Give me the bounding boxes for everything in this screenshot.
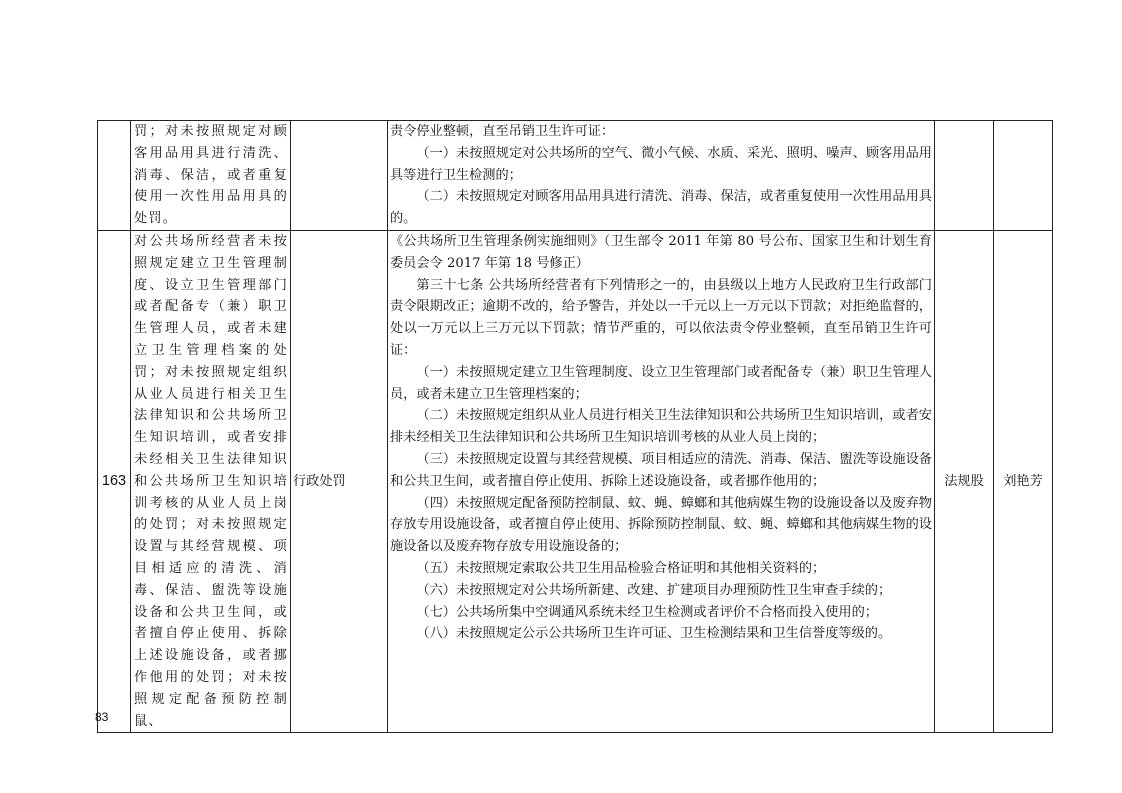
- page-number: 83: [95, 710, 108, 724]
- basis-paragraph: （五）未按照规定索取公共卫生用品检验合格证明和其他相关资料的；: [390, 558, 932, 580]
- item-number-cell: 163: [98, 230, 131, 732]
- basis-paragraph: （六）未按照规定对公共场所新建、改建、扩建项目办理预防性卫生审查手续的；: [390, 580, 932, 602]
- department-cell: 法规股: [935, 230, 994, 732]
- basis-paragraph: 第三十七条 公共场所经营者有下列情形之一的，由县级以上地方人民政府卫生行政部门责…: [390, 275, 932, 362]
- basis-paragraph: 《公共场所卫生管理条例实施细则》（卫生部令 2011 年第 80 号公布、国家卫…: [390, 231, 932, 275]
- item-number-cell: [98, 121, 131, 231]
- basis-paragraph: 责令停业整顿，直至吊销卫生许可证：: [390, 121, 932, 143]
- legal-basis-cell: 责令停业整顿，直至吊销卫生许可证： （一）未按照规定对公共场所的空气、微小气候、…: [388, 121, 935, 231]
- basis-paragraph: （一）未按照规定对公共场所的空气、微小气候、水质、采光、照明、噪声、顾客用品用具…: [390, 143, 932, 187]
- person-cell: 刘艳芳: [994, 230, 1053, 732]
- legal-basis-cell: 《公共场所卫生管理条例实施细则》（卫生部令 2011 年第 80 号公布、国家卫…: [388, 230, 935, 732]
- item-type-cell: [291, 121, 388, 231]
- regulation-table: 罚；对未按照规定对顾客用品用具进行清洗、消毒、保洁，或者重复使用一次性用品用具的…: [97, 120, 1053, 733]
- item-name-cell: 罚；对未按照规定对顾客用品用具进行清洗、消毒、保洁，或者重复使用一次性用品用具的…: [131, 121, 291, 231]
- basis-paragraph: （七）公共场所集中空调通风系统未经卫生检测或者评价不合格而投入使用的；: [390, 602, 932, 624]
- basis-paragraph: （二）未按照规定对顾客用品用具进行清洗、消毒、保洁，或者重复使用一次性用品用具的…: [390, 186, 932, 230]
- department-cell: [935, 121, 994, 231]
- table-row: 罚；对未按照规定对顾客用品用具进行清洗、消毒、保洁，或者重复使用一次性用品用具的…: [98, 121, 1053, 231]
- basis-paragraph: （一）未按照规定建立卫生管理制度、设立卫生管理部门或者配备专（兼）职卫生管理人员…: [390, 362, 932, 406]
- item-type-cell: 行政处罚: [291, 230, 388, 732]
- document-page: 罚；对未按照规定对顾客用品用具进行清洗、消毒、保洁，或者重复使用一次性用品用具的…: [0, 0, 1122, 793]
- basis-paragraph: （八）未按照规定公示公共场所卫生许可证、卫生检测结果和卫生信誉度等级的。: [390, 623, 932, 645]
- table-row: 163 对公共场所经营者未按照规定建立卫生管理制度、设立卫生管理部门或者配备专（…: [98, 230, 1053, 732]
- basis-paragraph: （四）未按照规定配备预防控制鼠、蚊、蝇、蟑螂和其他病媒生物的设施设备以及废弃物存…: [390, 493, 932, 558]
- basis-paragraph: （三）未按照规定设置与其经营规模、项目相适应的清洗、消毒、保洁、盥洗等设施设备和…: [390, 449, 932, 493]
- item-name-cell: 对公共场所经营者未按照规定建立卫生管理制度、设立卫生管理部门或者配备专（兼）职卫…: [131, 230, 291, 732]
- person-cell: [994, 121, 1053, 231]
- basis-paragraph: （二）未按照规定组织从业人员进行相关卫生法律知识和公共场所卫生知识培训，或者安排…: [390, 405, 932, 449]
